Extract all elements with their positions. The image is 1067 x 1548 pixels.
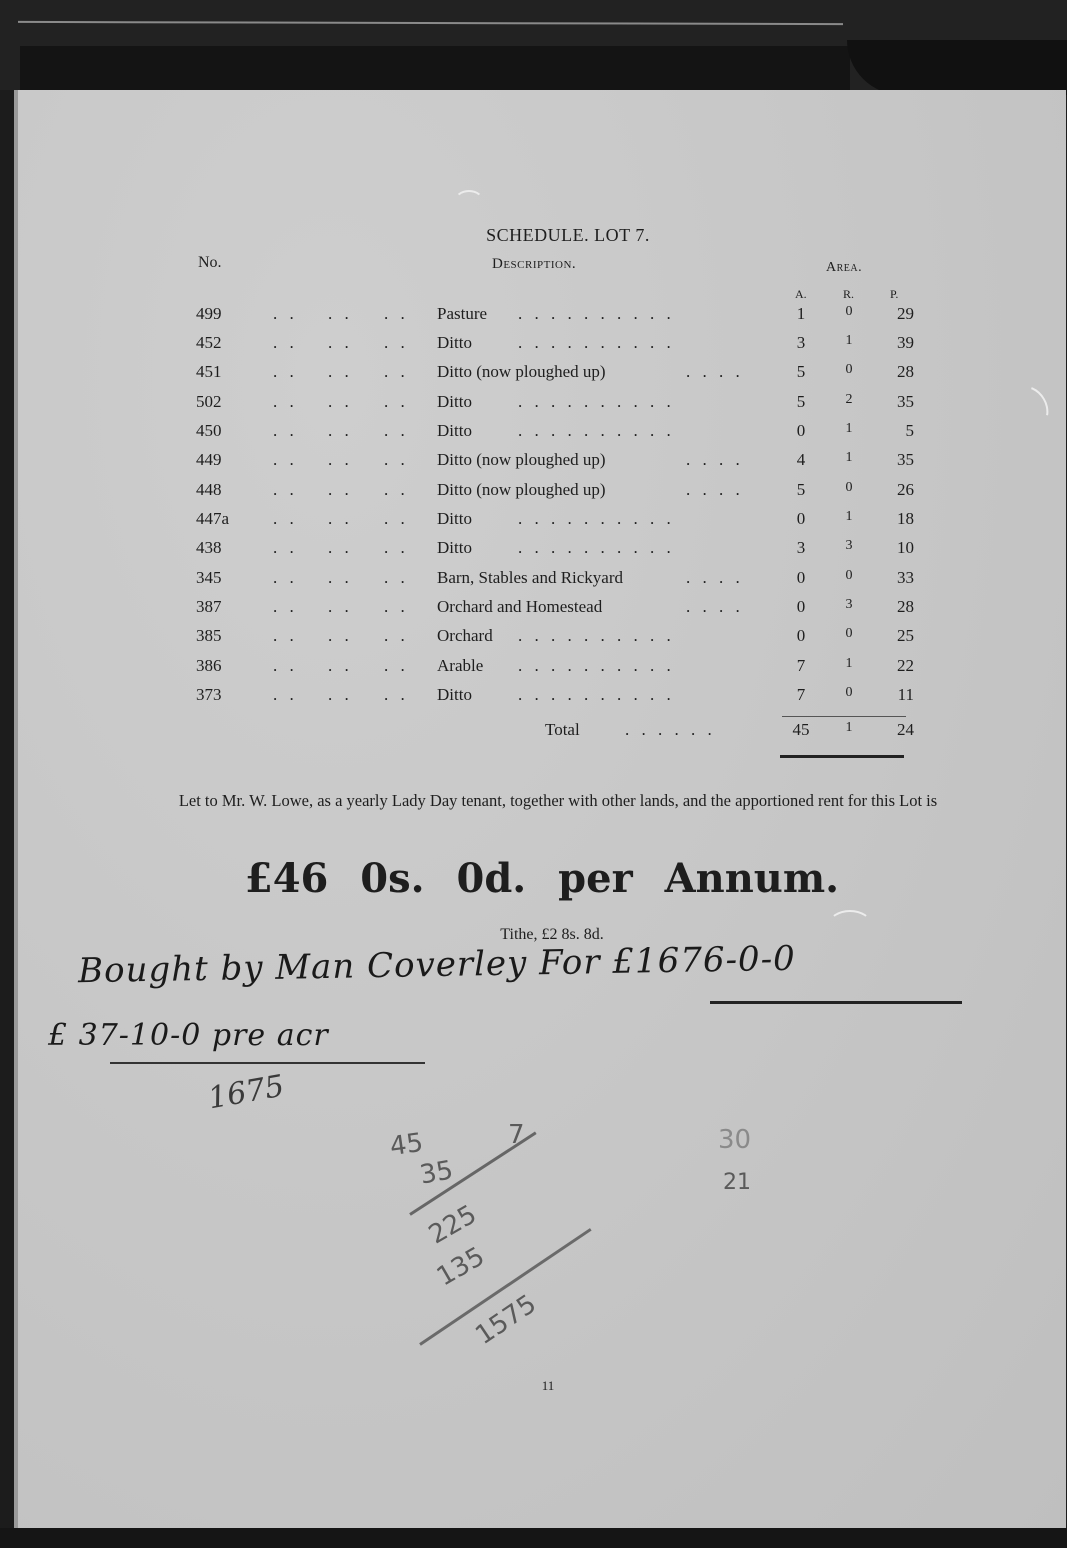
area-roods: 0 [836,685,862,701]
leader-dots: . . . . [686,480,744,500]
area-acres: 5 [788,392,814,412]
area-acres: 0 [788,626,814,646]
header-acres: A. [795,287,807,302]
header-area: Area. [826,260,862,276]
parcel-number: 451 [196,362,222,382]
leader-dots: . . . . . . . . . . [518,304,675,324]
leader-dots: . . [273,362,298,382]
leader-dots: . . [273,392,298,412]
leader-dots: . . [273,421,298,441]
area-acres: 7 [788,656,814,676]
parcel-number: 345 [196,568,222,588]
leader-dots: . . [384,421,409,441]
parcel-description: Ditto [437,421,472,441]
total-label: Total [545,720,580,740]
leader-dots: . . . . . . [625,720,716,740]
sum-rule [782,716,906,717]
area-perches: 29 [880,304,914,324]
area-perches: 28 [880,362,914,382]
leader-dots: . . [273,333,298,353]
header-description: Description. [492,256,576,273]
schedule-title: SCHEDULE. LOT 7. [18,225,1067,246]
leader-dots: . . . . [686,450,744,470]
leader-dots: . . [273,480,298,500]
parcel-number: 502 [196,392,222,412]
area-acres: 0 [788,421,814,441]
leader-dots: . . [328,597,353,617]
leader-dots: . . [328,333,353,353]
area-perches: 26 [880,480,914,500]
parcel-description: Ditto (now ploughed up) [437,362,606,382]
parcel-number: 450 [196,421,222,441]
handwritten-underline [710,1001,962,1004]
leader-dots: . . [273,656,298,676]
table-row: 386. .. .. .Arable. . . . . . . . . .712… [18,656,1066,682]
tithe-text: Tithe, £2 8s. 8d. [18,926,1067,944]
table-row: 452. .. .. .Ditto. . . . . . . . . .3139 [18,333,1066,359]
area-perches: 39 [880,333,914,353]
parcel-number: 499 [196,304,222,324]
leader-dots: . . . . . . . . . . [518,656,675,676]
page-corner-curl [847,40,1067,95]
parcel-description: Orchard and Homestead [437,597,602,617]
area-roods: 1 [836,333,862,349]
table-row: 449. .. .. .Ditto (now ploughed up). . .… [18,450,1066,476]
total-acres: 45 [788,720,814,740]
area-perches: 33 [880,568,914,588]
handwritten-underline [110,1062,425,1064]
area-acres: 0 [788,597,814,617]
rent-amount: £46 0s. 0d. per Annum. [18,855,1066,902]
leader-dots: . . . . [686,597,744,617]
leader-dots: . . [328,656,353,676]
leader-dots: . . [384,597,409,617]
film-scratch [828,910,872,940]
table-row: 447a. .. .. .Ditto. . . . . . . . . .011… [18,509,1066,535]
area-roods: 2 [836,392,862,408]
area-roods: 0 [836,362,862,378]
parcel-description: Orchard [437,626,493,646]
parcel-number: 447a [196,509,229,529]
leader-dots: . . [328,304,353,324]
parcel-number: 373 [196,685,222,705]
parcel-number: 438 [196,538,222,558]
leader-dots: . . [384,304,409,324]
leader-dots: . . [328,626,353,646]
area-roods: 1 [836,656,862,672]
leader-dots: . . [273,304,298,324]
handwritten-bought-by: Bought by Man Coverley For £1676-0-0 [78,939,796,992]
leader-dots: . . [384,656,409,676]
leader-dots: . . . . . . . . . . [518,626,675,646]
parcel-description: Pasture [437,304,487,324]
area-acres: 1 [788,304,814,324]
table-row: 387. .. .. .Orchard and Homestead. . . .… [18,597,1066,623]
parcel-description: Ditto [437,538,472,558]
header-perches: P. [890,287,898,302]
leader-dots: . . [328,509,353,529]
area-perches: 35 [880,392,914,412]
handwritten-per-acre: £ 37-10-0 pre acr [48,1018,329,1053]
total-perches: 24 [880,720,914,740]
pencil-calc-1575: 1575 [470,1289,542,1351]
area-perches: 10 [880,538,914,558]
leader-dots: . . [384,626,409,646]
table-row: 450. .. .. .Ditto. . . . . . . . . .015 [18,421,1066,447]
area-acres: 7 [788,685,814,705]
leader-dots: . . . . . . . . . . [518,333,675,353]
area-acres: 0 [788,509,814,529]
pencil-right-21: 21 [723,1170,751,1195]
leader-dots: . . [384,509,409,529]
pencil-calc-45: 45 [388,1128,425,1162]
film-shadow [20,46,850,90]
film-edge-line [18,21,843,25]
document-page: SCHEDULE. LOT 7. No. Description. Area. … [14,90,1066,1528]
leader-dots: . . . . [686,568,744,588]
area-acres: 3 [788,538,814,558]
parcel-number: 448 [196,480,222,500]
area-roods: 1 [836,450,862,466]
leader-dots: . . [384,450,409,470]
area-acres: 4 [788,450,814,470]
area-perches: 11 [880,685,914,705]
leader-dots: . . [384,362,409,382]
area-roods: 0 [836,626,862,642]
leader-dots: . . [328,568,353,588]
leader-dots: . . [384,480,409,500]
area-roods: 3 [836,597,862,613]
table-row: 448. .. .. .Ditto (now ploughed up). . .… [18,480,1066,506]
parcel-number: 449 [196,450,222,470]
leader-dots: . . [384,538,409,558]
area-acres: 5 [788,480,814,500]
parcel-description: Ditto [437,392,472,412]
film-border-bottom [0,1528,1067,1548]
parcel-description: Barn, Stables and Rickyard [437,568,623,588]
page-number: 11 [18,1378,1067,1394]
table-row: 373. .. .. .Ditto. . . . . . . . . .7011 [18,685,1066,711]
total-roods: 1 [836,720,862,736]
area-roods: 3 [836,538,862,554]
area-perches: 5 [880,421,914,441]
leader-dots: . . [273,626,298,646]
leader-dots: . . . . [686,362,744,382]
area-perches: 28 [880,597,914,617]
total-double-rule [780,755,904,758]
area-perches: 18 [880,509,914,529]
parcel-description: Ditto [437,333,472,353]
leader-dots: . . [328,538,353,558]
pencil-right-30: 30 [718,1125,751,1155]
leader-dots: . . . . . . . . . . [518,392,675,412]
area-perches: 35 [880,450,914,470]
leader-dots: . . . . . . . . . . [518,421,675,441]
total-row: Total . . . . . . 45 1 24 [18,720,1066,746]
table-row: 438. .. .. .Ditto. . . . . . . . . .3310 [18,538,1066,564]
parcel-number: 385 [196,626,222,646]
parcel-number: 386 [196,656,222,676]
area-roods: 0 [836,480,862,496]
leader-dots: . . . . . . . . . . [518,685,675,705]
leader-dots: . . [384,333,409,353]
leader-dots: . . [328,450,353,470]
leader-dots: . . [384,568,409,588]
film-border-top [0,0,1067,90]
header-roods: R. [843,287,854,302]
table-row: 345. .. .. .Barn, Stables and Rickyard. … [18,568,1066,594]
leader-dots: . . [273,685,298,705]
area-perches: 22 [880,656,914,676]
leader-dots: . . [273,568,298,588]
parcel-description: Ditto (now ploughed up) [437,450,606,470]
area-roods: 1 [836,509,862,525]
area-acres: 5 [788,362,814,382]
leader-dots: . . [328,362,353,382]
parcel-description: Ditto [437,509,472,529]
table-row: 502. .. .. .Ditto. . . . . . . . . .5235 [18,392,1066,418]
handwritten-1675: 1675 [206,1069,287,1117]
leader-dots: . . . . . . . . . . [518,538,675,558]
parcel-number: 452 [196,333,222,353]
leader-dots: . . [328,480,353,500]
table-row: 499. .. .. .Pasture. . . . . . . . . .10… [18,304,1066,330]
parcel-description: Arable [437,656,483,676]
leader-dots: . . [273,450,298,470]
table-row: 385. .. .. .Orchard. . . . . . . . . .00… [18,626,1066,652]
area-roods: 1 [836,421,862,437]
parcel-number: 387 [196,597,222,617]
area-perches: 25 [880,626,914,646]
header-no: No. [198,254,222,272]
film-scratch [454,190,484,214]
leader-dots: . . [273,597,298,617]
leader-dots: . . [328,421,353,441]
area-roods: 0 [836,304,862,320]
leader-dots: . . [273,538,298,558]
tenancy-text: Let to Mr. W. Lowe, as a yearly Lady Day… [178,790,938,812]
table-row: 451. .. .. .Ditto (now ploughed up). . .… [18,362,1066,388]
leader-dots: . . [328,685,353,705]
leader-dots: . . [384,685,409,705]
area-roods: 0 [836,568,862,584]
leader-dots: . . [328,392,353,412]
area-acres: 0 [788,568,814,588]
leader-dots: . . . . . . . . . . [518,509,675,529]
parcel-description: Ditto [437,685,472,705]
leader-dots: . . [384,392,409,412]
leader-dots: . . [273,509,298,529]
area-acres: 3 [788,333,814,353]
parcel-description: Ditto (now ploughed up) [437,480,606,500]
